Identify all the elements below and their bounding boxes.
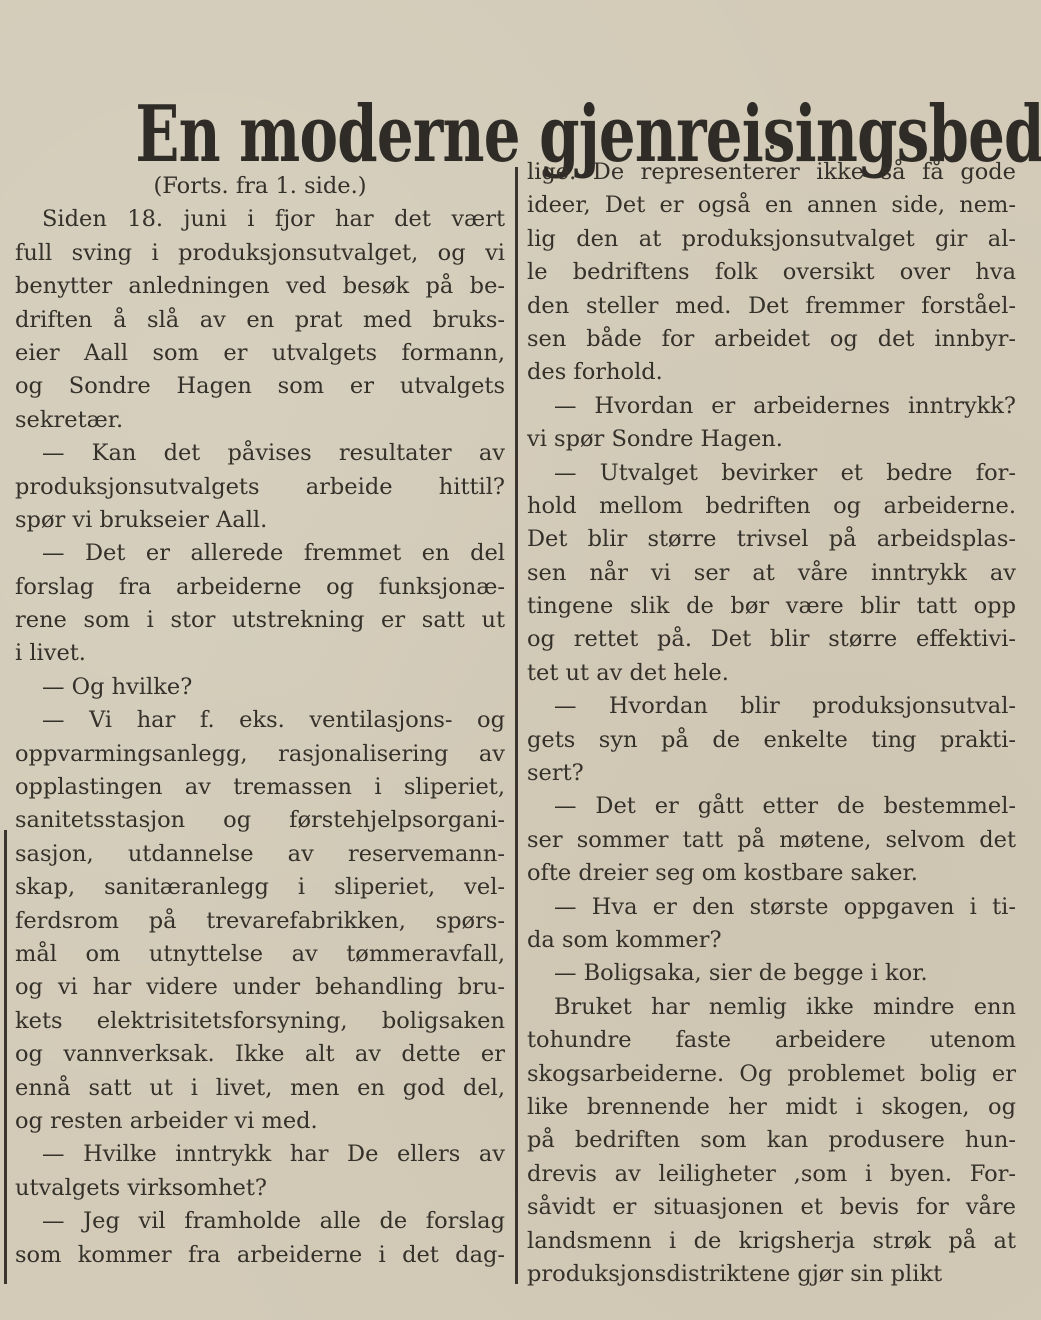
text-line: sen når vi ser at våre inntrykk av: [527, 557, 1016, 590]
text-line: produksjonsdistriktene gjør sin plikt: [527, 1258, 1016, 1291]
text-line: opplastingen av tremassen i sliperiet,: [15, 771, 505, 804]
text-line: spør vi brukseier Aall.: [15, 504, 505, 537]
text-line: hold mellom bedriften og arbeiderne.: [527, 490, 1016, 523]
text-line: — Det er allerede fremmet en del: [15, 537, 505, 570]
text-line: oppvarmingsanlegg, rasjonalisering av: [15, 738, 505, 771]
text-line: skogsarbeiderne. Og problemet bolig er: [527, 1058, 1016, 1091]
text-line: — Utvalget bevirker et bedre for-: [527, 457, 1016, 490]
text-line: — Hvordan blir produksjonsutval-: [527, 690, 1016, 723]
right-column: lige. De representerer ikke så få godeid…: [527, 156, 1016, 1291]
text-line: (Forts. fra 1. side.): [15, 170, 505, 203]
text-line: tingene slik de bør være blir tatt opp: [527, 590, 1016, 623]
text-line: og vannverksak. Ikke alt av dette er: [15, 1038, 505, 1071]
text-line: ideer, Det er også en annen side, nem-: [527, 189, 1016, 222]
text-line: — Hvordan er arbeidernes inntrykk?: [527, 390, 1016, 423]
text-line: des forhold.: [527, 356, 1016, 389]
left-margin-rule: [4, 830, 7, 1284]
text-line: i livet.: [15, 637, 505, 670]
text-line: og vi har videre under behandling bru-: [15, 971, 505, 1004]
text-line: — Og hvilke?: [15, 671, 505, 704]
text-line: ennå satt ut i livet, men en god del,: [15, 1072, 505, 1105]
text-line: like brennende her midt i skogen, og: [527, 1091, 1016, 1124]
text-line: ferdsrom på trevarefabrikken, spørs-: [15, 905, 505, 938]
text-line: lige. De representerer ikke så få gode: [527, 156, 1016, 189]
text-line: le bedriftens folk oversikt over hva: [527, 256, 1016, 289]
text-line: forslag fra arbeiderne og funksjonæ-: [15, 571, 505, 604]
text-line: — Det er gått etter de bestemmel-: [527, 790, 1016, 823]
text-line: Siden 18. juni i fjor har det vært: [15, 203, 505, 236]
left-column: (Forts. fra 1. side.)Siden 18. juni i fj…: [15, 170, 505, 1272]
text-line: som kommer fra arbeiderne i det dag-: [15, 1239, 505, 1272]
text-line: vi spør Sondre Hagen.: [527, 423, 1016, 456]
text-line: og resten arbeider vi med.: [15, 1105, 505, 1138]
text-line: Bruket har nemlig ikke mindre enn: [527, 991, 1016, 1024]
text-line: og Sondre Hagen som er utvalgets: [15, 370, 505, 403]
text-line: sasjon, utdannelse av reservemann-: [15, 838, 505, 871]
text-line: kets elektrisitetsforsyning, boligsaken: [15, 1005, 505, 1038]
text-line: ser sommer tatt på møtene, selvom det: [527, 824, 1016, 857]
text-line: Det blir større trivsel på arbeidsplas-: [527, 523, 1016, 556]
text-line: rene som i stor utstrekning er satt ut: [15, 604, 505, 637]
text-line: — Vi har f. eks. ventilasjons- og: [15, 704, 505, 737]
text-line: på bedriften som kan produsere hun-: [527, 1124, 1016, 1157]
text-line: produksjonsutvalgets arbeide hittil?: [15, 471, 505, 504]
text-line: benytter anledningen ved besøk på be-: [15, 270, 505, 303]
ink-speck: [770, 145, 774, 149]
text-line: da som kommer?: [527, 924, 1016, 957]
text-line: sert?: [527, 757, 1016, 790]
text-line: ofte dreier seg om kostbare saker.: [527, 857, 1016, 890]
text-line: sen både for arbeidet og det innbyr-: [527, 323, 1016, 356]
text-line: sekretær.: [15, 404, 505, 437]
text-line: tohundre faste arbeidere utenom: [527, 1024, 1016, 1057]
text-line: lig den at produksjonsutvalget gir al-: [527, 223, 1016, 256]
text-line: den steller med. Det fremmer forståel-: [527, 290, 1016, 323]
text-line: — Kan det påvises resultater av: [15, 437, 505, 470]
text-line: utvalgets virksomhet?: [15, 1172, 505, 1205]
text-line: og rettet på. Det blir større effektivi-: [527, 623, 1016, 656]
text-line: mål om utnyttelse av tømmeravfall,: [15, 938, 505, 971]
text-line: såvidt er situasjonen et bevis for våre: [527, 1191, 1016, 1224]
text-line: landsmenn i de krigsherja strøk på at: [527, 1225, 1016, 1258]
text-line: — Boligsaka, sier de begge i kor.: [527, 957, 1016, 990]
text-line: eier Aall som er utvalgets formann,: [15, 337, 505, 370]
text-line: — Hvilke inntrykk har De ellers av: [15, 1138, 505, 1171]
text-line: drevis av leiligheter ,som i byen. For-: [527, 1158, 1016, 1191]
text-line: full sving i produksjonsutvalget, og vi: [15, 237, 505, 270]
text-line: — Jeg vil framholde alle de forslag: [15, 1205, 505, 1238]
column-divider-rule: [515, 167, 518, 1284]
text-line: sanitetsstasjon og førstehjelpsorgani-: [15, 804, 505, 837]
text-line: — Hva er den største oppgaven i ti-: [527, 891, 1016, 924]
text-line: driften å slå av en prat med bruks-: [15, 304, 505, 337]
text-line: tet ut av det hele.: [527, 657, 1016, 690]
text-line: skap, sanitæranlegg i sliperiet, vel-: [15, 871, 505, 904]
text-line: gets syn på de enkelte ting prakti-: [527, 724, 1016, 757]
